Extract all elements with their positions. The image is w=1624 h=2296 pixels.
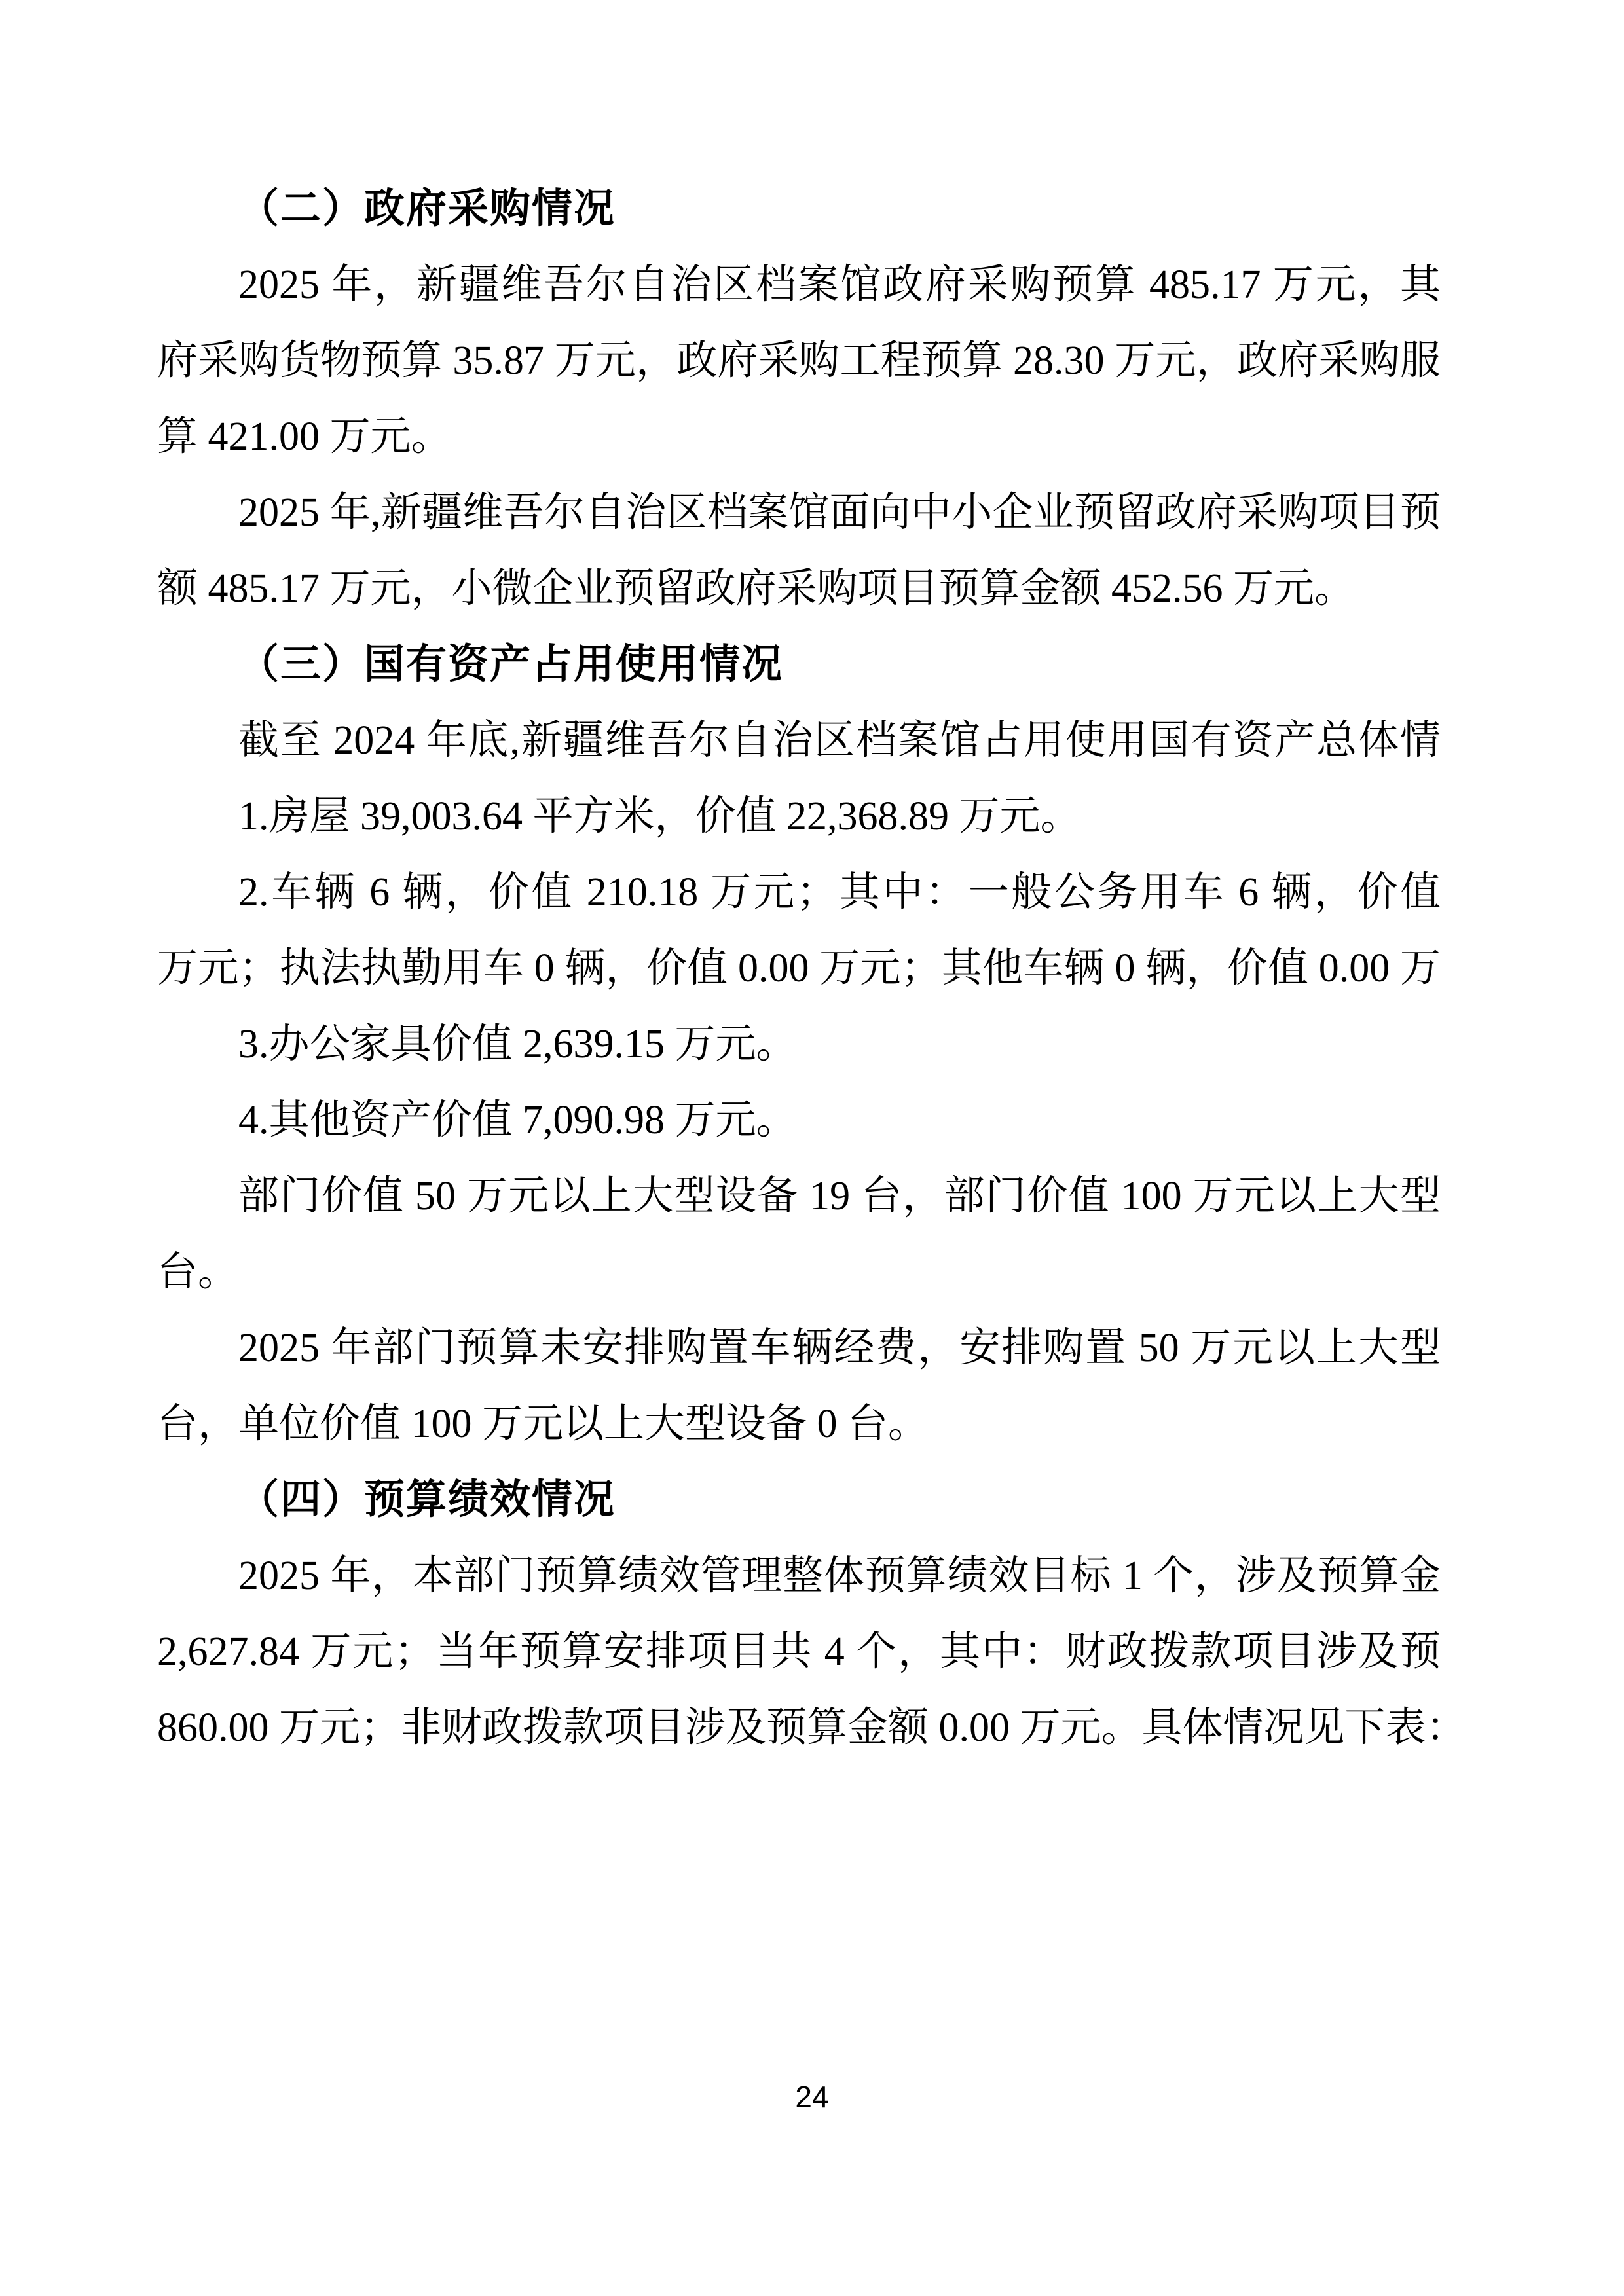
section-heading-state-owned-assets: （三）国有资产占用使用情况 [157,627,1441,702]
text-line: 部门价值 50 万元以上大型设备 19 台，部门价值 100 万元以上大型设备 … [157,1158,1441,1234]
text-line: 3.办公家具价值 2,639.15 万元。 [157,1006,1441,1082]
text-line: 1.房屋 39,003.64 平方米，价值 22,368.89 万元。 [157,778,1441,854]
document-page: （二）政府采购情况 2025 年，新疆维吾尔自治区档案馆政府采购预算 485.1… [0,0,1624,2296]
text-line: 2,627.84 万元；当年预算安排项目共 4 个，其中：财政拨款项目涉及预算金… [157,1614,1441,1690]
text-line: 2.车辆 6 辆，价值 210.18 万元；其中：一般公务用车 6 辆，价值 2… [157,854,1441,930]
text-line: 860.00 万元；非财政拨款项目涉及预算金额 0.00 万元。具体情况见下表： [157,1690,1441,1766]
text-line: 2025 年，本部门预算绩效管理整体预算绩效目标 1 个，涉及预算金额 [157,1538,1441,1614]
text-line: 2025 年部门预算未安排购置车辆经费，安排购置 50 万元以上大型设备 0 [157,1310,1441,1386]
text-line: 台，单位价值 100 万元以上大型设备 0 台。 [157,1386,1441,1462]
section-heading-budget-performance: （四）预算绩效情况 [157,1462,1441,1538]
text-line: 2025 年，新疆维吾尔自治区档案馆政府采购预算 485.17 万元，其中：政 [157,247,1441,323]
text-line: 台。 [157,1234,1441,1310]
text-line: 万元；执法执勤用车 0 辆，价值 0.00 万元；其他车辆 0 辆，价值 0.0… [157,930,1441,1006]
text-line: 截至 2024 年底,新疆维吾尔自治区档案馆占用使用国有资产总体情况为： [157,702,1441,778]
page-number: 24 [0,2074,1624,2120]
text-line: 4.其他资产价值 7,090.98 万元。 [157,1082,1441,1158]
text-line: 算 421.00 万元。 [157,399,1441,475]
text-line: 府采购货物预算 35.87 万元，政府采购工程预算 28.30 万元，政府采购服… [157,323,1441,399]
section-heading-government-procurement: （二）政府采购情况 [157,171,1441,247]
text-block: （二）政府采购情况 2025 年，新疆维吾尔自治区档案馆政府采购预算 485.1… [157,171,1441,1766]
text-line: 额 485.17 万元，小微企业预留政府采购项目预算金额 452.56 万元。 [157,551,1441,627]
text-line: 2025 年,新疆维吾尔自治区档案馆面向中小企业预留政府采购项目预算金 [157,475,1441,551]
